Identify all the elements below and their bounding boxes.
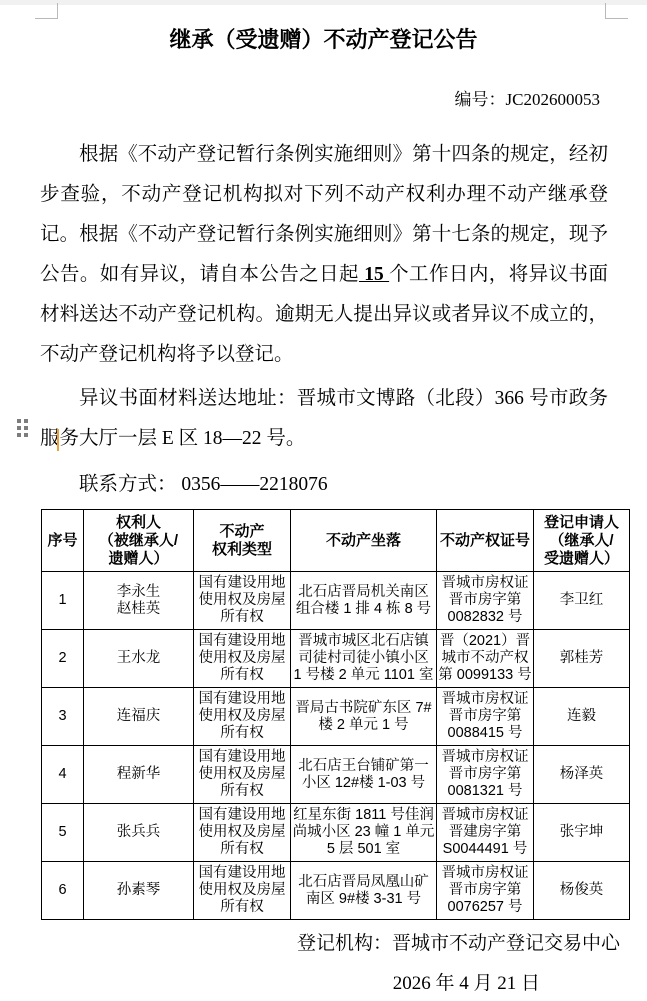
cell-cert-no: 晋城市房权证 晋市房字第 0082832 号 bbox=[437, 572, 534, 630]
table-row: 3连福庆国有建设用地 使用权及房屋 所有权晋局古书院矿东区 7# 楼 2 单元 … bbox=[42, 688, 630, 746]
cell-holder: 张兵兵 bbox=[84, 804, 194, 862]
cell-holder: 程新华 bbox=[84, 746, 194, 804]
header-cell: 不动产坐落 bbox=[291, 510, 437, 572]
handle-dot bbox=[17, 419, 21, 423]
cell-right-type: 国有建设用地 使用权及房屋 所有权 bbox=[194, 688, 291, 746]
table-row: 6孙素琴国有建设用地 使用权及房屋 所有权北石店晋局凤凰山矿 南区 9#楼 3-… bbox=[42, 862, 630, 920]
announcement-date: 2026 年 4 月 21 日 bbox=[0, 968, 647, 995]
cell-no: 5 bbox=[42, 804, 84, 862]
paragraph-contact: 联系方式： 0356——2218076 bbox=[40, 465, 608, 505]
cell-right-type: 国有建设用地 使用权及房屋 所有权 bbox=[194, 862, 291, 920]
cell-no: 4 bbox=[42, 746, 84, 804]
header-cell: 权利人 （被继承人/ 遗赠人） bbox=[84, 510, 194, 572]
cell-applicant: 郭桂芳 bbox=[534, 630, 630, 688]
cell-applicant: 李卫红 bbox=[534, 572, 630, 630]
cell-cert-no: 晋（2021）晋 城市不动产权 第 0099133 号 bbox=[437, 630, 534, 688]
table-row: 4程新华国有建设用地 使用权及房屋 所有权北石店王台铺矿第一 小区 12#楼 1… bbox=[42, 746, 630, 804]
cell-location: 红星东街 1811 号佳润 尚城小区 23 幢 1 单元 5 层 501 室 bbox=[291, 804, 437, 862]
header-cell: 不动产 权利类型 bbox=[194, 510, 291, 572]
cell-location: 晋城市城区北石店镇 司徒村司徒小镇小区 1 号楼 2 单元 1101 室 bbox=[291, 630, 437, 688]
handle-dot bbox=[17, 433, 21, 437]
cell-holder: 王水龙 bbox=[84, 630, 194, 688]
header-cell: 登记申请人 （继承人/ 受遗赠人） bbox=[534, 510, 630, 572]
cell-no: 2 bbox=[42, 630, 84, 688]
margin-corner-mark-right-icon bbox=[605, 3, 628, 19]
table-row: 5张兵兵国有建设用地 使用权及房屋 所有权红星东街 1811 号佳润 尚城小区 … bbox=[42, 804, 630, 862]
cell-right-type: 国有建设用地 使用权及房屋 所有权 bbox=[194, 804, 291, 862]
cell-applicant: 杨俊英 bbox=[534, 862, 630, 920]
cell-holder: 李永生 赵桂英 bbox=[84, 572, 194, 630]
announcement-body: 根据《不动产登记暂行条例实施细则》第十四条的规定，经初步查验，不动产登记机构拟对… bbox=[40, 135, 608, 505]
cell-cert-no: 晋城市房权证 晋市房字第 0088415 号 bbox=[437, 688, 534, 746]
text-cursor bbox=[57, 429, 59, 451]
cell-cert-no: 晋城市房权证 晋建房字第 S0044491 号 bbox=[437, 804, 534, 862]
announcement-table-body: 1李永生 赵桂英国有建设用地 使用权及房屋 所有权北石店晋局机关南区 组合楼 1… bbox=[42, 572, 630, 920]
cell-cert-no: 晋城市房权证 晋市房字第 0081321 号 bbox=[437, 746, 534, 804]
handle-dot bbox=[24, 433, 28, 437]
cell-applicant: 杨泽英 bbox=[534, 746, 630, 804]
cell-right-type: 国有建设用地 使用权及房屋 所有权 bbox=[194, 630, 291, 688]
table-row: 1李永生 赵桂英国有建设用地 使用权及房屋 所有权北石店晋局机关南区 组合楼 1… bbox=[42, 572, 630, 630]
cell-no: 3 bbox=[42, 688, 84, 746]
margin-corner-mark-left-icon bbox=[35, 3, 58, 19]
cell-location: 北石店晋局凤凰山矿 南区 9#楼 3-31 号 bbox=[291, 862, 437, 920]
table-row: 2王水龙国有建设用地 使用权及房屋 所有权晋城市城区北石店镇 司徒村司徒小镇小区… bbox=[42, 630, 630, 688]
drag-handle-icon[interactable] bbox=[17, 419, 28, 437]
registration-org: 登记机构：晋城市不动产登记交易中心 bbox=[0, 928, 647, 955]
header-cell: 序号 bbox=[42, 510, 84, 572]
cell-location: 北石店晋局机关南区 组合楼 1 排 4 栋 8 号 bbox=[291, 572, 437, 630]
handle-dot bbox=[24, 426, 28, 430]
handle-dot bbox=[17, 426, 21, 430]
cell-no: 1 bbox=[42, 572, 84, 630]
cell-applicant: 连毅 bbox=[534, 688, 630, 746]
cell-right-type: 国有建设用地 使用权及房屋 所有权 bbox=[194, 572, 291, 630]
table-header-row: 序号权利人 （被继承人/ 遗赠人）不动产 权利类型不动产坐落不动产权证号登记申请… bbox=[42, 510, 630, 572]
objection-days-value: 15 bbox=[359, 264, 389, 285]
cell-cert-no: 晋城市房权证 晋市房字第 0076257 号 bbox=[437, 862, 534, 920]
top-strip bbox=[0, 0, 647, 5]
cell-location: 晋局古书院矿东区 7# 楼 2 单元 1 号 bbox=[291, 688, 437, 746]
header-cell: 不动产权证号 bbox=[437, 510, 534, 572]
announcement-table: 序号权利人 （被继承人/ 遗赠人）不动产 权利类型不动产坐落不动产权证号登记申请… bbox=[41, 509, 630, 920]
doc-number: 编号：JC202600053 bbox=[0, 89, 647, 111]
document-page: 继承（受遗赠）不动产登记公告 编号：JC202600053 根据《不动产登记暂行… bbox=[0, 0, 647, 1001]
page-title: 继承（受遗赠）不动产登记公告 bbox=[0, 25, 647, 55]
handle-dot bbox=[24, 419, 28, 423]
cell-right-type: 国有建设用地 使用权及房屋 所有权 bbox=[194, 746, 291, 804]
paragraph-main: 根据《不动产登记暂行条例实施细则》第十四条的规定，经初步查验，不动产登记机构拟对… bbox=[40, 135, 608, 375]
cell-applicant: 张宇坤 bbox=[534, 804, 630, 862]
cell-holder: 孙素琴 bbox=[84, 862, 194, 920]
cell-no: 6 bbox=[42, 862, 84, 920]
paragraph-address: 异议书面材料送达地址：晋城市文博路（北段）366 号市政务服务大厅一层 E 区 … bbox=[40, 379, 608, 459]
cell-holder: 连福庆 bbox=[84, 688, 194, 746]
cell-location: 北石店王台铺矿第一 小区 12#楼 1-03 号 bbox=[291, 746, 437, 804]
